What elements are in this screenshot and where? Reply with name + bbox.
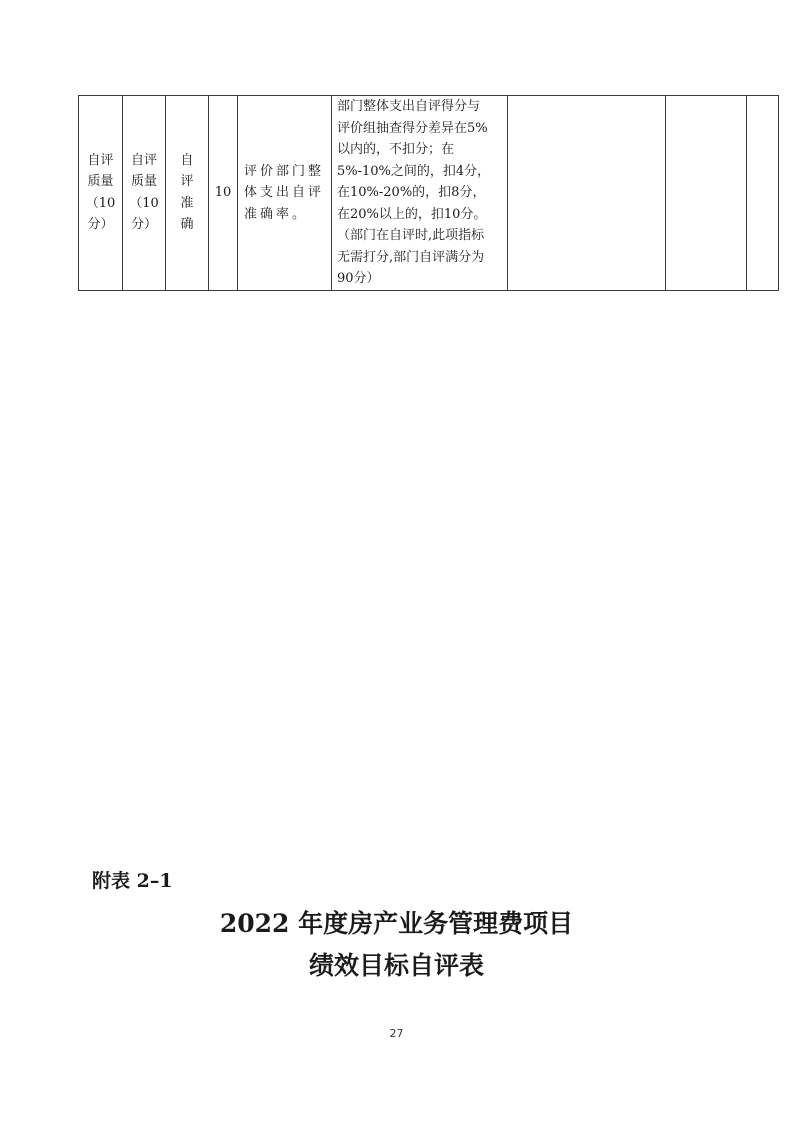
criteria-line: 评价组抽查得分差异在5%: [337, 118, 502, 140]
level1-line: 分）: [79, 214, 122, 236]
level2-line: 自评: [123, 150, 165, 172]
level3-indicator-cell: 自 评 准 确: [166, 96, 209, 291]
description-line: 体支出自评: [244, 182, 325, 204]
level3-char: 准: [166, 193, 208, 215]
evaluation-table: 自评 质量 （10 分） 自评 质量 （10 分） 自 评 准 确 10: [78, 95, 779, 291]
empty-cell-7: [508, 96, 666, 291]
level3-char: 确: [166, 214, 208, 236]
criteria-line: 部门整体支出自评得分与: [337, 96, 502, 118]
scoring-criteria-cell: 部门整体支出自评得分与 评价组抽查得分差异在5% 以内的，不扣分；在 5%-10…: [332, 96, 508, 291]
level2-line: 质量: [123, 171, 165, 193]
criteria-line: （部门在自评时,此项指标: [337, 225, 502, 247]
table-row: 自评 质量 （10 分） 自评 质量 （10 分） 自 评 准 确 10: [79, 96, 779, 291]
indicator-description-cell: 评价部门整 体支出自评 准确率。: [238, 96, 332, 291]
empty-cell-9: [747, 96, 779, 291]
level3-char: 评: [166, 171, 208, 193]
level1-line: 自评: [79, 150, 122, 172]
level2-line: 分）: [123, 214, 165, 236]
weight-cell: 10: [209, 96, 238, 291]
description-line: 评价部门整: [244, 161, 325, 183]
criteria-line: 90分）: [337, 268, 502, 290]
appendix-label: 附表 2–1: [92, 866, 173, 893]
criteria-line: 在20%以上的，扣10分。: [337, 204, 502, 226]
document-title-line2: 绩效目标自评表: [0, 946, 793, 982]
criteria-line: 5%-10%之间的，扣4分，: [337, 161, 502, 183]
criteria-line: 以内的，不扣分；在: [337, 139, 502, 161]
level1-line: 质量: [79, 171, 122, 193]
document-title-line1: 2022 年度房产业务管理费项目: [0, 904, 793, 940]
level1-line: （10: [79, 193, 122, 215]
level3-char: 自: [166, 150, 208, 172]
empty-cell-8: [666, 96, 747, 291]
criteria-line: 在10%-20%的，扣8分，: [337, 182, 502, 204]
level1-indicator-cell: 自评 质量 （10 分）: [79, 96, 123, 291]
level2-indicator-cell: 自评 质量 （10 分）: [123, 96, 166, 291]
level2-line: （10: [123, 193, 165, 215]
criteria-line: 无需打分,部门自评满分为: [337, 247, 502, 269]
description-line: 准确率。: [244, 204, 325, 226]
page-number: 27: [0, 1027, 793, 1040]
